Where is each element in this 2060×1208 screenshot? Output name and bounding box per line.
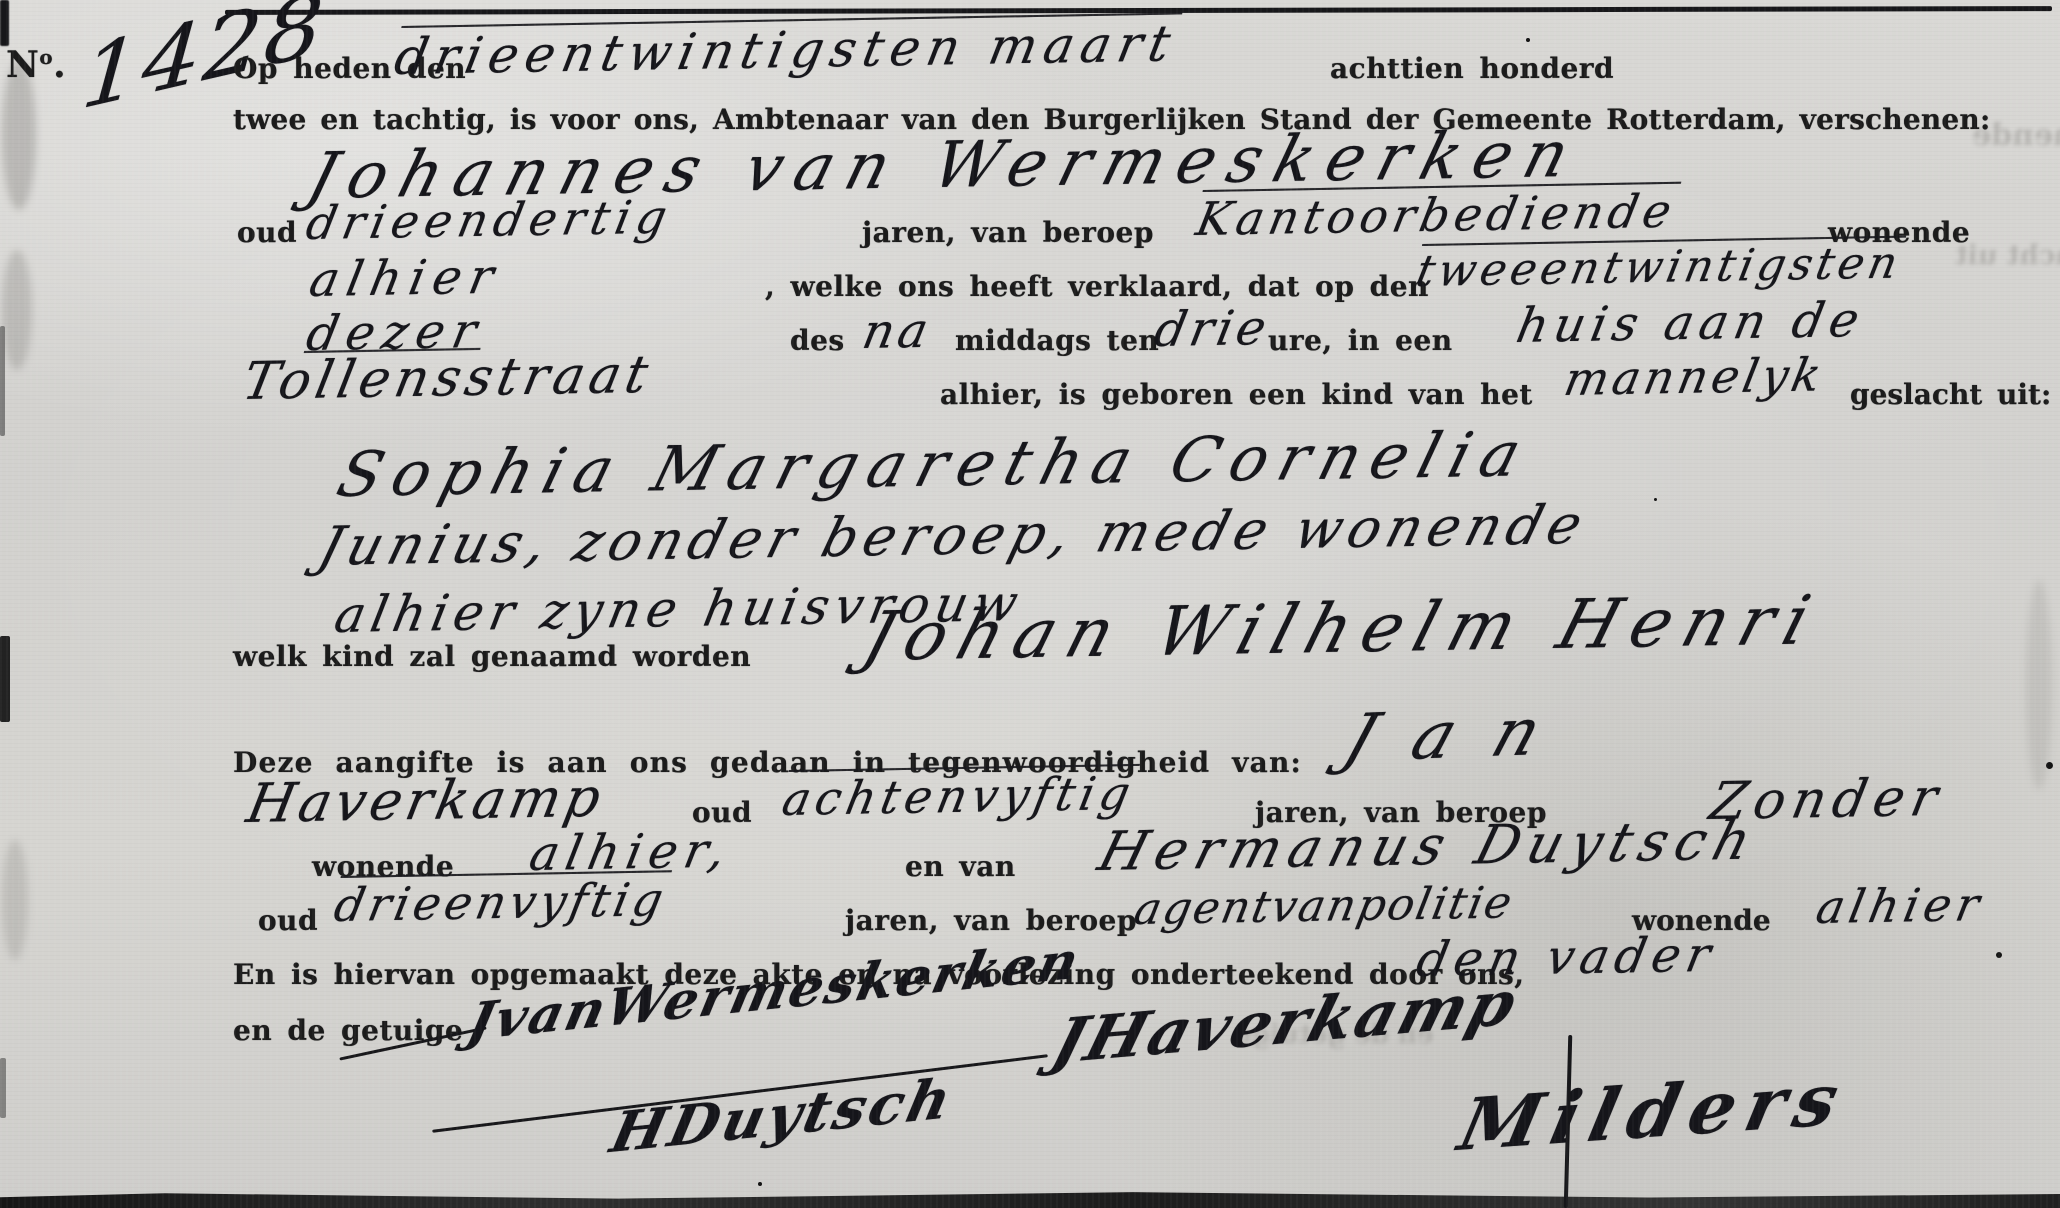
signature-father: JvanWermeskerken bbox=[462, 930, 1086, 1053]
printed-alhier-is-geboren: alhier, is geboren een kind van het bbox=[940, 378, 1533, 411]
record-number-label: No. bbox=[6, 44, 66, 86]
record-number-label-dot: . bbox=[53, 44, 66, 86]
handwritten-akte-date: drieentwintigsten maart bbox=[390, 14, 1182, 86]
handwritten-gender: mannelyk bbox=[1560, 348, 1830, 406]
printed-en-de-getuige: en de getuige bbox=[233, 1014, 463, 1047]
handwritten-hour: drie bbox=[1150, 300, 1275, 358]
printed-achttien-honderd: achttien honderd bbox=[1330, 52, 1614, 85]
printed-middags-ten: middags ten bbox=[955, 324, 1159, 357]
scan-artifact bbox=[0, 636, 10, 722]
ink-speck bbox=[1654, 498, 1657, 501]
handwritten-declarant-age: drieendertig bbox=[302, 190, 677, 250]
bleedthrough-text: geslacht uit bbox=[1955, 240, 2060, 271]
signature-witness2: HDuytsch bbox=[605, 1066, 960, 1166]
handwritten-declarant-occupation: Kantoorbediende bbox=[1192, 184, 1681, 246]
printed-geslacht-uit: geslacht uit: bbox=[1850, 378, 2051, 411]
handwritten-witness2-age: drieenvyftig bbox=[330, 872, 672, 932]
printed-ure-in-een: ure, in een bbox=[1268, 324, 1453, 357]
top-rule bbox=[225, 6, 2052, 15]
ink-speck bbox=[1996, 952, 2002, 958]
bleedthrough-smudge bbox=[2, 250, 32, 370]
printed-jaren-witness2: jaren, van beroep bbox=[845, 904, 1137, 937]
bleedthrough-smudge bbox=[2, 840, 28, 960]
handwritten-witness2-name: Hermanus Duytsch bbox=[1092, 809, 1766, 883]
handwritten-witness1-surname: Haverkamp bbox=[242, 766, 610, 835]
printed-en-van: en van bbox=[905, 850, 1016, 883]
ink-speck bbox=[1526, 38, 1530, 42]
handwritten-witness1-firstname: Jan bbox=[1335, 692, 1591, 777]
record-number-label-n: N bbox=[6, 44, 39, 86]
printed-welk-kind: welk kind zal genaamd worden bbox=[233, 640, 751, 673]
signature-registrar: Milders bbox=[1452, 1056, 1856, 1167]
handwritten-witness1-age: achtenvyftig bbox=[778, 766, 1140, 826]
handwritten-daypart: na bbox=[858, 303, 937, 360]
birth-certificate-scan: wonende geslacht uit en de getuige No. 1… bbox=[0, 0, 2060, 1208]
handwritten-witness2-occupation: agentvanpolitie bbox=[1130, 877, 1518, 935]
handwritten-birth-date: tweeentwintigsten bbox=[1412, 238, 1906, 297]
printed-oud-witness2: oud bbox=[258, 904, 318, 937]
ink-speck bbox=[758, 1182, 762, 1186]
bleedthrough-smudge bbox=[2026, 580, 2052, 790]
scan-artifact bbox=[0, 1058, 6, 1118]
printed-oud: oud bbox=[237, 216, 297, 249]
ink-speck bbox=[2046, 762, 2053, 769]
handwritten-declarant-residence: alhier bbox=[305, 249, 506, 308]
handwritten-street: Tollensstraat bbox=[238, 345, 658, 412]
printed-jaren-van-beroep: jaren, van beroep bbox=[862, 216, 1154, 249]
record-number-label-sup: o bbox=[39, 45, 53, 69]
handwritten-huis-aan-de: huis aan de bbox=[1512, 292, 1870, 354]
scan-artifact bbox=[0, 0, 9, 46]
printed-welke-ons: , welke ons heeft verklaard, dat op den bbox=[765, 270, 1429, 303]
handwritten-witness2-residence: alhier bbox=[1812, 877, 1989, 934]
handwritten-child-name: Johan Wilhelm Henri bbox=[855, 581, 1830, 677]
printed-des: des bbox=[790, 324, 845, 357]
bottom-scan-bar bbox=[0, 1190, 2060, 1208]
